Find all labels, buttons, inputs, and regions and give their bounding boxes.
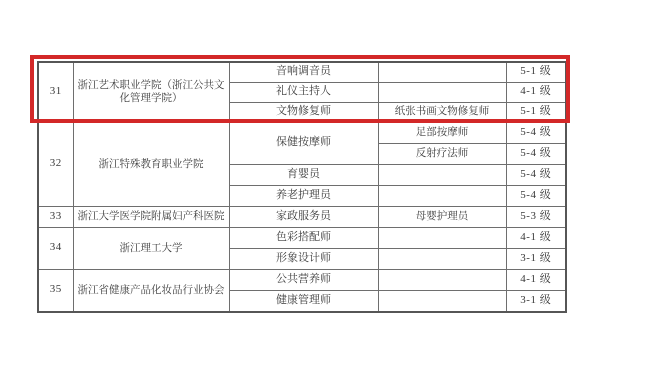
institution-cell: 浙江省健康产品化妆品行业协会 <box>73 269 229 312</box>
direction-cell <box>378 269 506 290</box>
table-row: 33 浙江大学医学院附属妇产科医院 家政服务员 母婴护理员 5-3 级 <box>38 206 566 227</box>
table-row: 35 浙江省健康产品化妆品行业协会 公共营养师 4-1 级 <box>38 269 566 290</box>
direction-cell: 纸张书画文物修复师 <box>378 102 506 122</box>
occupation-cell: 公共营养师 <box>229 269 378 290</box>
institution-cell: 浙江特殊教育职业学院 <box>73 122 229 206</box>
row-number-cell: 32 <box>38 122 73 206</box>
level-cell: 5-1 级 <box>506 62 566 82</box>
occupation-cell: 保健按摩师 <box>229 122 378 164</box>
level-cell: 5-4 级 <box>506 122 566 143</box>
occupation-cell: 礼仪主持人 <box>229 82 378 102</box>
occupation-cell: 音响调音员 <box>229 62 378 82</box>
occupation-cell: 文物修复师 <box>229 102 378 122</box>
table-row: 32 浙江特殊教育职业学院 保健按摩师 足部按摩师 5-4 级 <box>38 122 566 143</box>
table-row: 34 浙江理工大学 色彩搭配师 4-1 级 <box>38 227 566 248</box>
row-number-cell: 35 <box>38 269 73 312</box>
level-cell: 4-1 级 <box>506 227 566 248</box>
level-cell: 4-1 级 <box>506 82 566 102</box>
institution-cell: 浙江艺术职业学院（浙江公共文化管理学院） <box>73 62 229 122</box>
institution-cell: 浙江大学医学院附属妇产科医院 <box>73 206 229 227</box>
direction-cell <box>378 248 506 269</box>
direction-cell <box>378 185 506 206</box>
document-table: 31 浙江艺术职业学院（浙江公共文化管理学院） 音响调音员 5-1 级 礼仪主持… <box>37 61 567 313</box>
level-cell: 5-3 级 <box>506 206 566 227</box>
row-number-cell: 33 <box>38 206 73 227</box>
level-cell: 4-1 级 <box>506 269 566 290</box>
direction-cell <box>378 62 506 82</box>
occupation-cell: 家政服务员 <box>229 206 378 227</box>
table-row: 31 浙江艺术职业学院（浙江公共文化管理学院） 音响调音员 5-1 级 <box>38 62 566 82</box>
direction-cell: 反射疗法师 <box>378 143 506 164</box>
direction-cell <box>378 227 506 248</box>
direction-cell: 母婴护理员 <box>378 206 506 227</box>
row-number-cell: 34 <box>38 227 73 269</box>
institution-cell: 浙江理工大学 <box>73 227 229 269</box>
direction-cell <box>378 164 506 185</box>
direction-cell: 足部按摩师 <box>378 122 506 143</box>
direction-cell <box>378 290 506 312</box>
occupation-cell: 形象设计师 <box>229 248 378 269</box>
occupation-cell: 健康管理师 <box>229 290 378 312</box>
document-page: 31 浙江艺术职业学院（浙江公共文化管理学院） 音响调音员 5-1 级 礼仪主持… <box>0 0 650 383</box>
occupation-cell: 育婴员 <box>229 164 378 185</box>
level-cell: 5-4 级 <box>506 164 566 185</box>
level-cell: 3-1 级 <box>506 248 566 269</box>
occupation-cell: 色彩搭配师 <box>229 227 378 248</box>
row-number-cell: 31 <box>38 62 73 122</box>
level-cell: 5-4 级 <box>506 185 566 206</box>
direction-cell <box>378 82 506 102</box>
level-cell: 5-4 级 <box>506 143 566 164</box>
level-cell: 5-1 级 <box>506 102 566 122</box>
occupation-cell: 养老护理员 <box>229 185 378 206</box>
level-cell: 3-1 级 <box>506 290 566 312</box>
